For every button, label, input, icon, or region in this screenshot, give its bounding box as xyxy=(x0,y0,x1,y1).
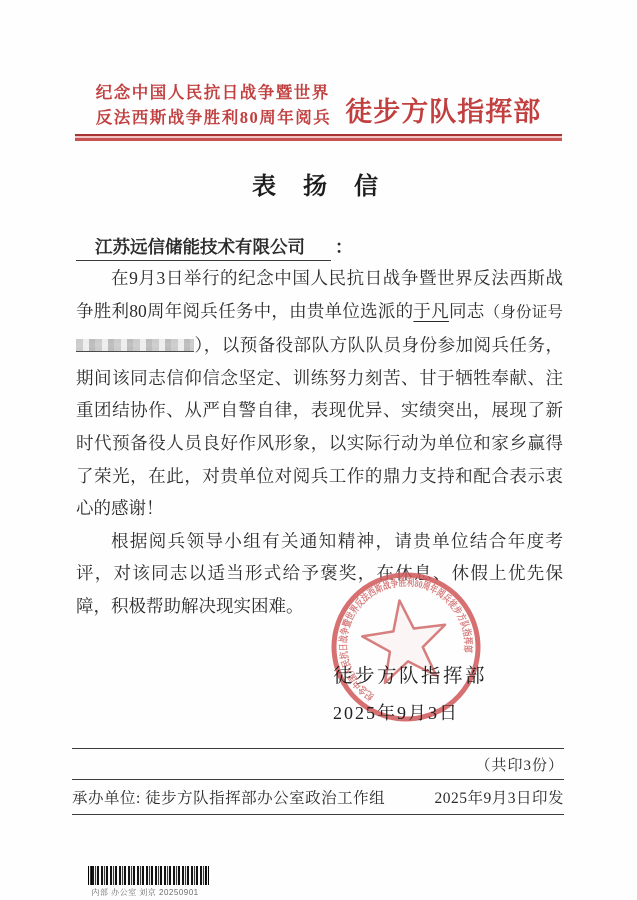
document-page: 纪念中国人民抗日战争暨世界 反法西斯战争胜利80周年阅兵 徒步方队指挥部 表 扬… xyxy=(0,0,637,900)
copies-note: （共印3份） xyxy=(72,754,564,775)
signature-org: 徒步方队指挥部 xyxy=(333,660,487,688)
footer-rule-bottom xyxy=(72,814,564,815)
letter-body: 在9月3日举行的纪念中国人民抗日战争暨世界反法西斯战争胜利80周年阅兵任务中，由… xyxy=(76,262,563,623)
recipient-company-name: 江苏远信储能技术有限公司 xyxy=(76,237,331,261)
salutation-colon: ： xyxy=(335,237,353,257)
letterhead: 纪念中国人民抗日战争暨世界 反法西斯战争胜利80周年阅兵 徒步方队指挥部 xyxy=(0,80,637,130)
letterhead-line2: 反法西斯战争胜利80周年阅兵 xyxy=(96,105,332,130)
footer-rule-middle xyxy=(72,779,564,780)
barcode xyxy=(88,866,209,885)
letterhead-org-name: 徒步方队指挥部 xyxy=(345,82,541,129)
issuer-label: 承办单位: 徒步方队指挥部办公室政治工作组 xyxy=(72,786,385,808)
text-segment: 根据阅兵领导小组有关通知精神，请贵单位结合年度考评，对该同志以适当形式给予褒奖，… xyxy=(76,531,563,616)
letterhead-divider xyxy=(75,134,562,141)
print-date: 2025年9月3日印发 xyxy=(434,786,564,808)
id-label: （身份证号 xyxy=(484,304,563,321)
body-paragraph-1: 在9月3日举行的纪念中国人民抗日战争暨世界反法西斯战争胜利80周年阅兵任务中，由… xyxy=(76,262,563,525)
honoree-name: 于凡 xyxy=(413,301,449,321)
text-segment: 同志 xyxy=(449,301,485,321)
redacted-id-number xyxy=(76,339,194,352)
salutation: 江苏远信储能技术有限公司： xyxy=(76,234,353,259)
letterhead-event-name: 纪念中国人民抗日战争暨世界 反法西斯战争胜利80周年阅兵 xyxy=(96,80,332,130)
footer-issuer-row: 承办单位: 徒步方队指挥部办公室政治工作组 2025年9月3日印发 xyxy=(72,786,564,808)
body-paragraph-2: 根据阅兵领导小组有关通知精神，请贵单位结合年度考评，对该同志以适当形式给予褒奖，… xyxy=(76,525,563,623)
letterhead-line1: 纪念中国人民抗日战争暨世界 xyxy=(96,80,332,105)
barcode-caption: 内部 办公室 刘京 20250901 xyxy=(70,887,220,898)
signature-date: 2025年9月3日 xyxy=(333,699,459,725)
letter-title: 表 扬 信 xyxy=(0,166,637,201)
footer-rule-top xyxy=(72,748,564,749)
text-segment: ），以预备役部队方队队员身份参加阅兵任务，期间该同志信仰信念坚定、训练努力刻苦、… xyxy=(76,335,563,518)
